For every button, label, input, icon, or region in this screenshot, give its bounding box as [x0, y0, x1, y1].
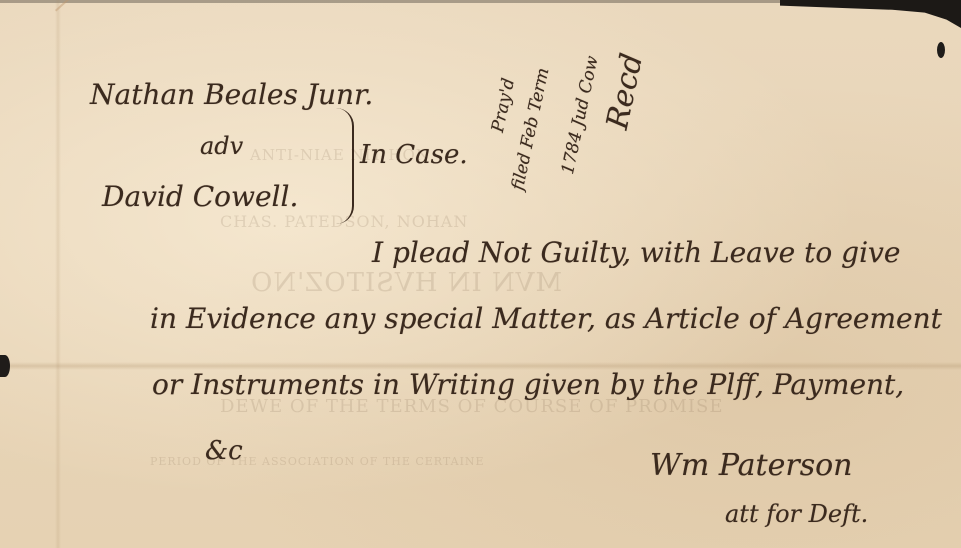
bleed-through-line: PERIOD OF THE ASSOCIATION OF THE CERTAIN…: [150, 455, 485, 468]
vertical-fold: [55, 0, 61, 548]
torn-corner: [780, 0, 961, 28]
plea-line: I plead Not Guilty, with Leave to give: [372, 236, 900, 269]
defendant-name: David Cowell.: [102, 180, 298, 213]
endorsement-line: 1784 Jud Cow: [558, 54, 603, 176]
plea-line: or Instruments in Writing given by the P…: [152, 368, 904, 401]
action-label: In Case.: [360, 140, 468, 170]
versus-label: adv: [200, 132, 243, 160]
plea-line: in Evidence any special Matter, as Artic…: [150, 302, 942, 335]
caption-brace: [336, 108, 354, 224]
bleed-through-line: MVN IN HVSITOZ'NO: [250, 268, 562, 298]
endorsement-line: Pray'd: [488, 76, 519, 134]
ink-blot-left: [0, 355, 10, 377]
ink-blot-right: [937, 42, 945, 58]
signature-name: Wm Paterson: [650, 448, 852, 483]
plaintiff-name: Nathan Beales Junr.: [90, 78, 373, 111]
signature-role: att for Deft.: [725, 500, 868, 528]
plea-line: &c: [205, 436, 243, 466]
endorsement-received: Recd: [600, 50, 650, 132]
document-page: ANTI-NIAE NIT HON CHAS. PATEDSON, NOHAN …: [0, 0, 961, 548]
